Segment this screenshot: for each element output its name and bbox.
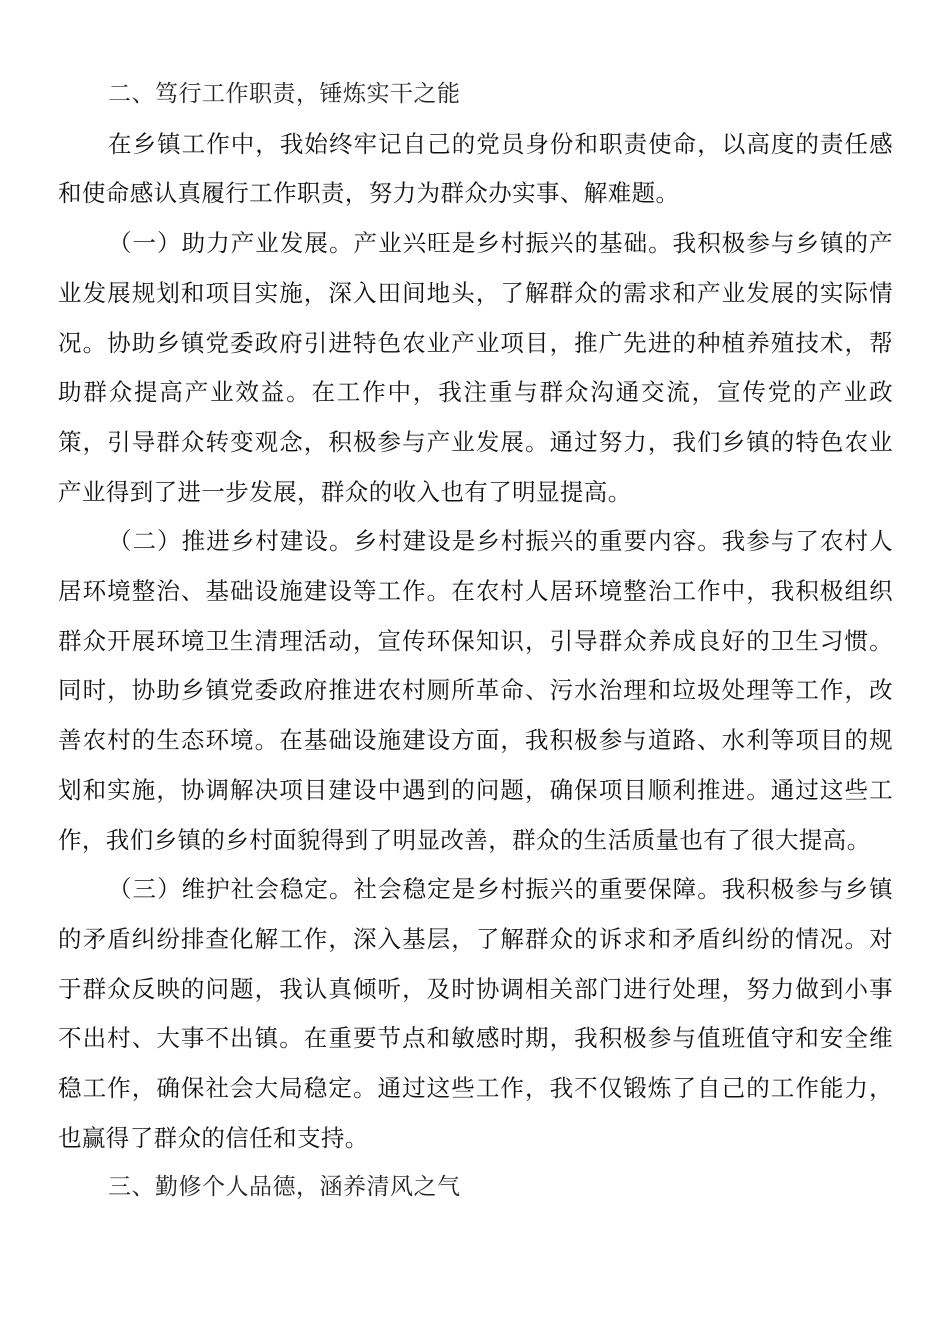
document-page: 二、笃行工作职责，锤炼实干之能 在乡镇工作中，我始终牢记自己的党员身份和职责使命… xyxy=(58,70,893,1213)
intro-paragraph: 在乡镇工作中，我始终牢记自己的党员身份和职责使命，以高度的责任感和使命感认真履行… xyxy=(58,120,893,219)
paragraph-rural-construction: （二）推进乡村建设。乡村建设是乡村振兴的重要内容。我参与了农村人居环境整治、基础… xyxy=(58,517,893,865)
section-heading-2: 二、笃行工作职责，锤炼实干之能 xyxy=(58,70,893,120)
paragraph-social-stability: （三）维护社会稳定。社会稳定是乡村振兴的重要保障。我积极参与乡镇的矛盾纠纷排查化… xyxy=(58,865,893,1163)
section-heading-3: 三、勤修个人品德，涵养清风之气 xyxy=(58,1163,893,1213)
paragraph-industry-development: （一）助力产业发展。产业兴旺是乡村振兴的基础。我积极参与乡镇的产业发展规划和项目… xyxy=(58,219,893,517)
